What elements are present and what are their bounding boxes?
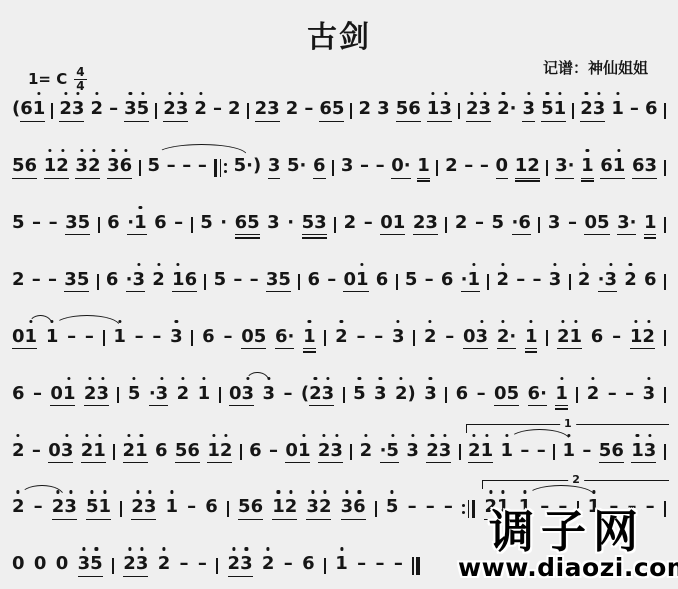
dash-token: – xyxy=(67,326,76,348)
sheet-page: 古剑 记谱：神仙姐姐 1= C 4 4 (61232–35232–2232–65… xyxy=(0,0,678,589)
barline xyxy=(216,558,218,574)
dash-token: – xyxy=(357,553,366,575)
note-token: 1 xyxy=(335,553,348,575)
note-token: 6 xyxy=(645,98,658,120)
dash-token: – xyxy=(480,155,489,177)
dash-token: – xyxy=(283,383,292,405)
music-line: 561232365–––5·)35·63––0·12––0123·16163 xyxy=(10,155,668,179)
barline xyxy=(664,217,666,233)
note-token: 56 xyxy=(12,155,37,179)
barline xyxy=(155,103,157,119)
note-token: 3 xyxy=(548,212,561,234)
note-token: ·3 xyxy=(149,383,168,407)
barline xyxy=(572,103,574,119)
note-token: 5 xyxy=(405,269,418,291)
barline xyxy=(350,444,352,460)
note-token: 23 xyxy=(123,553,148,577)
note-token: 2· xyxy=(497,326,516,350)
note-token: 23 xyxy=(580,98,605,122)
note-token: 35 xyxy=(64,269,89,293)
barline xyxy=(97,274,99,290)
barline xyxy=(664,274,666,290)
note-token: 5 xyxy=(200,212,213,234)
note-token: 0· xyxy=(391,155,410,179)
barline xyxy=(219,387,221,403)
note-token: 3 xyxy=(424,383,437,405)
note-token: 12 xyxy=(207,440,232,464)
barline xyxy=(117,387,119,403)
note-token: 03 xyxy=(48,440,73,464)
note-token: 23 xyxy=(131,496,156,520)
note-token: 5 xyxy=(353,383,366,405)
note-group: (23 xyxy=(301,383,334,407)
dash-token: – xyxy=(582,440,591,462)
note-token: ·3 xyxy=(126,269,145,293)
note-token: 2 xyxy=(455,212,468,234)
note-token: 3 xyxy=(170,326,183,348)
dash-token: – xyxy=(223,326,232,348)
note-token: ( xyxy=(12,98,20,120)
note-token: 32 xyxy=(306,496,331,520)
note-token: 35 xyxy=(124,98,149,122)
note-token: 1 xyxy=(165,496,178,518)
dash-token: – xyxy=(250,269,259,291)
time-signature-bottom: 4 xyxy=(76,80,84,93)
note-token: 2 xyxy=(286,98,299,120)
dash-token: – xyxy=(48,269,57,291)
barline xyxy=(546,160,548,176)
barline xyxy=(664,160,666,176)
note-token: 2) xyxy=(395,383,416,405)
note-token: 3 xyxy=(406,440,419,462)
dash-token: – xyxy=(516,269,525,291)
note-token: 12 xyxy=(515,155,540,179)
barline xyxy=(350,103,352,119)
note-token: 03 xyxy=(463,326,488,350)
note-token: 23 xyxy=(255,98,280,122)
note-token: 12 xyxy=(44,155,69,179)
note-token: ·6 xyxy=(512,212,531,236)
note-token: 5 xyxy=(147,155,160,177)
dash-token: – xyxy=(34,496,43,518)
music-line: (61232–35232–2232–65235613232·351231–6 xyxy=(10,98,668,122)
note-token: 6 xyxy=(154,212,167,234)
note-token: 3 xyxy=(392,326,405,348)
note-token: 6 xyxy=(591,326,604,348)
barline xyxy=(343,387,345,403)
dash-token: – xyxy=(537,440,546,462)
note-token: 0 xyxy=(496,155,509,179)
note-token: 5 xyxy=(128,383,141,405)
note-token: 6 xyxy=(441,269,454,291)
note-token: 2 xyxy=(445,155,458,177)
watermark-site-name: 调子网 xyxy=(458,509,676,554)
note-token: 1 xyxy=(563,440,576,462)
dash-token: – xyxy=(376,155,385,177)
barline xyxy=(334,217,336,233)
note-token: 1 xyxy=(555,383,568,407)
repeat-start-barline xyxy=(214,159,227,177)
note-token: 6 xyxy=(376,269,389,291)
note-token: 3 xyxy=(549,269,562,291)
barline xyxy=(227,501,229,517)
time-signature: 4 4 xyxy=(74,66,86,92)
barline xyxy=(103,330,105,346)
note-token: 6 xyxy=(107,212,120,234)
watermark-site-url: www.diaozi.com xyxy=(458,554,676,583)
note-token: 0 xyxy=(34,553,47,575)
note-token: 03 xyxy=(229,383,254,407)
note-token: · xyxy=(287,212,294,234)
note-token: 23 xyxy=(318,440,343,464)
dash-token: – xyxy=(109,98,118,120)
barline xyxy=(664,444,666,460)
barline xyxy=(120,501,122,517)
note-token: 2 xyxy=(12,496,25,518)
barline xyxy=(436,160,438,176)
note-token: 6 xyxy=(106,269,119,291)
note-token: 3· xyxy=(555,155,574,179)
barline xyxy=(204,274,206,290)
slur-arc xyxy=(156,144,247,155)
note-token: 63 xyxy=(632,155,657,179)
note-token: · xyxy=(220,212,227,234)
barline xyxy=(247,103,249,119)
music-line: 6–01235·321033–(23532)36–056·12––3 xyxy=(10,383,668,407)
note-token: 21 xyxy=(557,326,582,350)
dash-token: – xyxy=(85,326,94,348)
note-token: 01 xyxy=(380,212,405,236)
note-token: 5·) xyxy=(234,155,262,177)
barline xyxy=(664,387,666,403)
dash-token: – xyxy=(269,440,278,462)
note-token: 0 xyxy=(12,553,25,575)
dash-token: – xyxy=(33,383,42,405)
note-token: 35 xyxy=(266,269,291,293)
dash-token: – xyxy=(568,212,577,234)
music-line: 2––356·32165––356–0165–6·12––32·326 xyxy=(10,269,668,293)
note-token: 5 xyxy=(214,269,227,291)
dash-token: – xyxy=(375,553,384,575)
note-token: 6 xyxy=(307,269,320,291)
note-token: 1 xyxy=(46,326,59,348)
music-line: 2–032121656126–01232·5323211––1–56131 xyxy=(10,440,668,464)
note-token: 01 xyxy=(50,383,75,407)
note-token: 01 xyxy=(12,326,37,350)
dash-token: – xyxy=(174,212,183,234)
barline xyxy=(298,274,300,290)
note-token: 2 xyxy=(335,326,348,348)
note-token: 2 xyxy=(578,269,591,291)
note-token: 5 xyxy=(12,212,25,234)
note-token: 2 xyxy=(91,98,104,120)
note-token: 23 xyxy=(59,98,84,122)
dash-token: – xyxy=(475,212,484,234)
note-token: 3 xyxy=(263,383,276,405)
note-token: 21 xyxy=(123,440,148,464)
note-token: ·1 xyxy=(461,269,480,293)
dash-token: – xyxy=(445,326,454,348)
barline xyxy=(112,558,114,574)
note-token: 21 xyxy=(468,440,493,464)
note-token: 1 xyxy=(611,98,624,120)
note-token: 2 xyxy=(262,553,275,575)
note-token: 6 xyxy=(456,383,469,405)
time-signature-top: 4 xyxy=(74,66,86,80)
note-token: 3 xyxy=(643,383,656,405)
note-token: 36 xyxy=(341,496,366,520)
note-token: 1 xyxy=(525,326,538,350)
barline xyxy=(51,103,53,119)
volta-number: 2 xyxy=(568,474,584,485)
dash-token: – xyxy=(152,326,161,348)
note-token: 23 xyxy=(426,440,451,464)
note-token: 61 xyxy=(20,98,45,122)
note-token: 2 xyxy=(359,98,372,120)
note-token: 56 xyxy=(396,98,421,122)
note-token: 21 xyxy=(81,440,106,464)
note-token: 6 xyxy=(249,440,262,462)
note-token: 6 xyxy=(302,553,315,575)
note-token: 23 xyxy=(163,98,188,122)
dash-token: – xyxy=(233,269,242,291)
slur-arc xyxy=(54,315,120,326)
dash-token: – xyxy=(135,326,144,348)
note-token: 2 xyxy=(177,383,190,405)
note-token: 2 xyxy=(194,98,207,120)
dash-token: – xyxy=(630,98,639,120)
note-token: 3 xyxy=(374,383,387,405)
note-token: 13 xyxy=(631,440,656,464)
note-token: 1 xyxy=(303,326,316,350)
note-token: 3 xyxy=(267,212,280,234)
barline xyxy=(569,274,571,290)
note-token: 3 xyxy=(341,155,354,177)
dash-token: – xyxy=(444,496,453,518)
volta-number: 1 xyxy=(560,418,576,429)
note-token: 2 xyxy=(424,326,437,348)
note-token: 5 xyxy=(491,212,504,234)
note-token: 56 xyxy=(238,496,263,520)
note-token: 12 xyxy=(630,326,655,350)
dash-token: – xyxy=(180,553,189,575)
dash-token: – xyxy=(213,98,222,120)
barline xyxy=(664,103,666,119)
dash-token: – xyxy=(32,269,41,291)
note-token: 3 xyxy=(522,98,535,122)
dash-token: – xyxy=(284,553,293,575)
note-token: 1 xyxy=(500,440,513,462)
note-token: 23 xyxy=(84,383,109,407)
note-token: 1 xyxy=(644,212,657,236)
note-token: 6 xyxy=(12,383,25,405)
note-token: 3· xyxy=(617,212,636,236)
barline xyxy=(332,160,334,176)
note-token: 5· xyxy=(287,155,306,177)
note-token: 1 xyxy=(581,155,594,179)
note-token: 6 xyxy=(313,155,326,179)
note-token: 2 xyxy=(344,212,357,234)
dash-token: – xyxy=(608,383,617,405)
dash-token: – xyxy=(464,155,473,177)
note-token: 61 xyxy=(600,155,625,179)
barline xyxy=(113,444,115,460)
key-signature: 1= C 4 4 xyxy=(28,66,87,92)
note-token: 3 xyxy=(377,98,390,120)
barline xyxy=(445,387,447,403)
note-token: ( xyxy=(301,383,309,405)
note-token: 6 xyxy=(205,496,218,518)
barline xyxy=(576,387,578,403)
note-token: 2 xyxy=(158,553,171,575)
note-token: 3 xyxy=(268,155,281,179)
dash-token: – xyxy=(327,269,336,291)
note-token: 01 xyxy=(285,440,310,464)
note-token: 6 xyxy=(155,440,168,462)
dash-token: – xyxy=(520,440,529,462)
note-token: 1 xyxy=(113,326,126,348)
note-token: 12 xyxy=(272,496,297,520)
dash-token: – xyxy=(625,383,634,405)
note-token: 23 xyxy=(228,553,253,577)
note-group: (61 xyxy=(12,98,45,122)
barline xyxy=(553,444,555,460)
note-token: 1 xyxy=(417,155,430,179)
credit-line: 记谱：神仙姐姐 xyxy=(543,57,648,78)
note-token: 36 xyxy=(107,155,132,179)
note-token: 35 xyxy=(78,553,103,577)
barline xyxy=(546,330,548,346)
watermark: 调子网 www.diaozi.com xyxy=(458,509,676,583)
note-token: 23 xyxy=(413,212,438,236)
note-token: 23 xyxy=(52,496,77,520)
barline xyxy=(459,444,461,460)
barline xyxy=(487,274,489,290)
dash-token: – xyxy=(198,553,207,575)
dash-token: – xyxy=(49,212,58,234)
dash-token: – xyxy=(187,496,196,518)
note-token: 2 xyxy=(360,440,373,462)
barline xyxy=(458,103,460,119)
note-token: 0 xyxy=(56,553,69,575)
note-token: 6 xyxy=(202,326,215,348)
note-token: 51 xyxy=(541,98,566,122)
note-token: 53 xyxy=(302,212,327,236)
note-token: 35 xyxy=(65,212,90,236)
barline xyxy=(191,330,193,346)
barline xyxy=(324,558,326,574)
note-token: 16 xyxy=(172,269,197,293)
music-line: 00035232––232–61––– xyxy=(10,553,422,577)
volta-bracket: 2 xyxy=(482,480,668,489)
dash-token: – xyxy=(374,326,383,348)
note-token: 01 xyxy=(343,269,368,293)
barline xyxy=(191,217,193,233)
barline xyxy=(538,217,540,233)
note-token: 56 xyxy=(175,440,200,464)
final-barline xyxy=(412,557,420,575)
dash-token: – xyxy=(408,496,417,518)
note-token: 23 xyxy=(309,383,334,407)
note-token: 2 xyxy=(624,269,637,291)
barline xyxy=(375,501,377,517)
note-token: 2 xyxy=(152,269,165,291)
note-token: 05 xyxy=(241,326,266,350)
note-token: 05 xyxy=(494,383,519,407)
repeat-dots xyxy=(224,163,227,173)
note-token: 6· xyxy=(275,326,294,350)
dash-token: – xyxy=(182,155,191,177)
dash-token: – xyxy=(32,440,41,462)
note-token: 6· xyxy=(528,383,547,407)
barline xyxy=(664,330,666,346)
note-token: 32 xyxy=(75,155,100,179)
note-token: 2· xyxy=(497,98,516,120)
note-token: 13 xyxy=(427,98,452,122)
barline xyxy=(324,330,326,346)
dash-token: – xyxy=(304,98,313,120)
note-token: 1 xyxy=(198,383,211,405)
song-title: 古剑 xyxy=(0,0,678,56)
barline xyxy=(413,330,415,346)
note-token: 2 xyxy=(12,269,25,291)
note-token: 65 xyxy=(235,212,260,236)
music-line: 5––356·16–5·653·532–01232–5·63–053·1 xyxy=(10,212,668,236)
dash-token: – xyxy=(32,212,41,234)
barline xyxy=(139,160,141,176)
note-token: ·3 xyxy=(598,269,617,293)
note-token: 2 xyxy=(587,383,600,405)
note-token: 65 xyxy=(319,98,344,122)
note-token: 6 xyxy=(644,269,657,291)
note-token: 5 xyxy=(386,496,399,518)
dash-token: – xyxy=(612,326,621,348)
dash-token: – xyxy=(364,212,373,234)
note-token: 2 xyxy=(228,98,241,120)
dash-token: – xyxy=(167,155,176,177)
barline xyxy=(98,217,100,233)
barline xyxy=(445,217,447,233)
dash-token: – xyxy=(533,269,542,291)
volta-bracket: 1 xyxy=(466,424,669,433)
note-token: 51 xyxy=(86,496,111,520)
note-token: 56 xyxy=(599,440,624,464)
note-token: 2 xyxy=(12,440,25,462)
dash-token: – xyxy=(198,155,207,177)
barline xyxy=(396,274,398,290)
note-token: 05 xyxy=(584,212,609,236)
key-text: 1= C xyxy=(28,70,67,88)
note-token: 2 xyxy=(497,269,510,291)
music-line: 011––1––36–056·12––32–032·1216–12 xyxy=(10,326,668,350)
dash-token: – xyxy=(356,326,365,348)
dash-token: – xyxy=(477,383,486,405)
dash-token: – xyxy=(425,269,434,291)
dash-token: – xyxy=(426,496,435,518)
dash-token: – xyxy=(394,553,403,575)
note-token: ·1 xyxy=(127,212,146,236)
barline xyxy=(240,444,242,460)
dash-token: – xyxy=(360,155,369,177)
note-token: ·5 xyxy=(380,440,399,464)
note-token: 23 xyxy=(466,98,491,122)
